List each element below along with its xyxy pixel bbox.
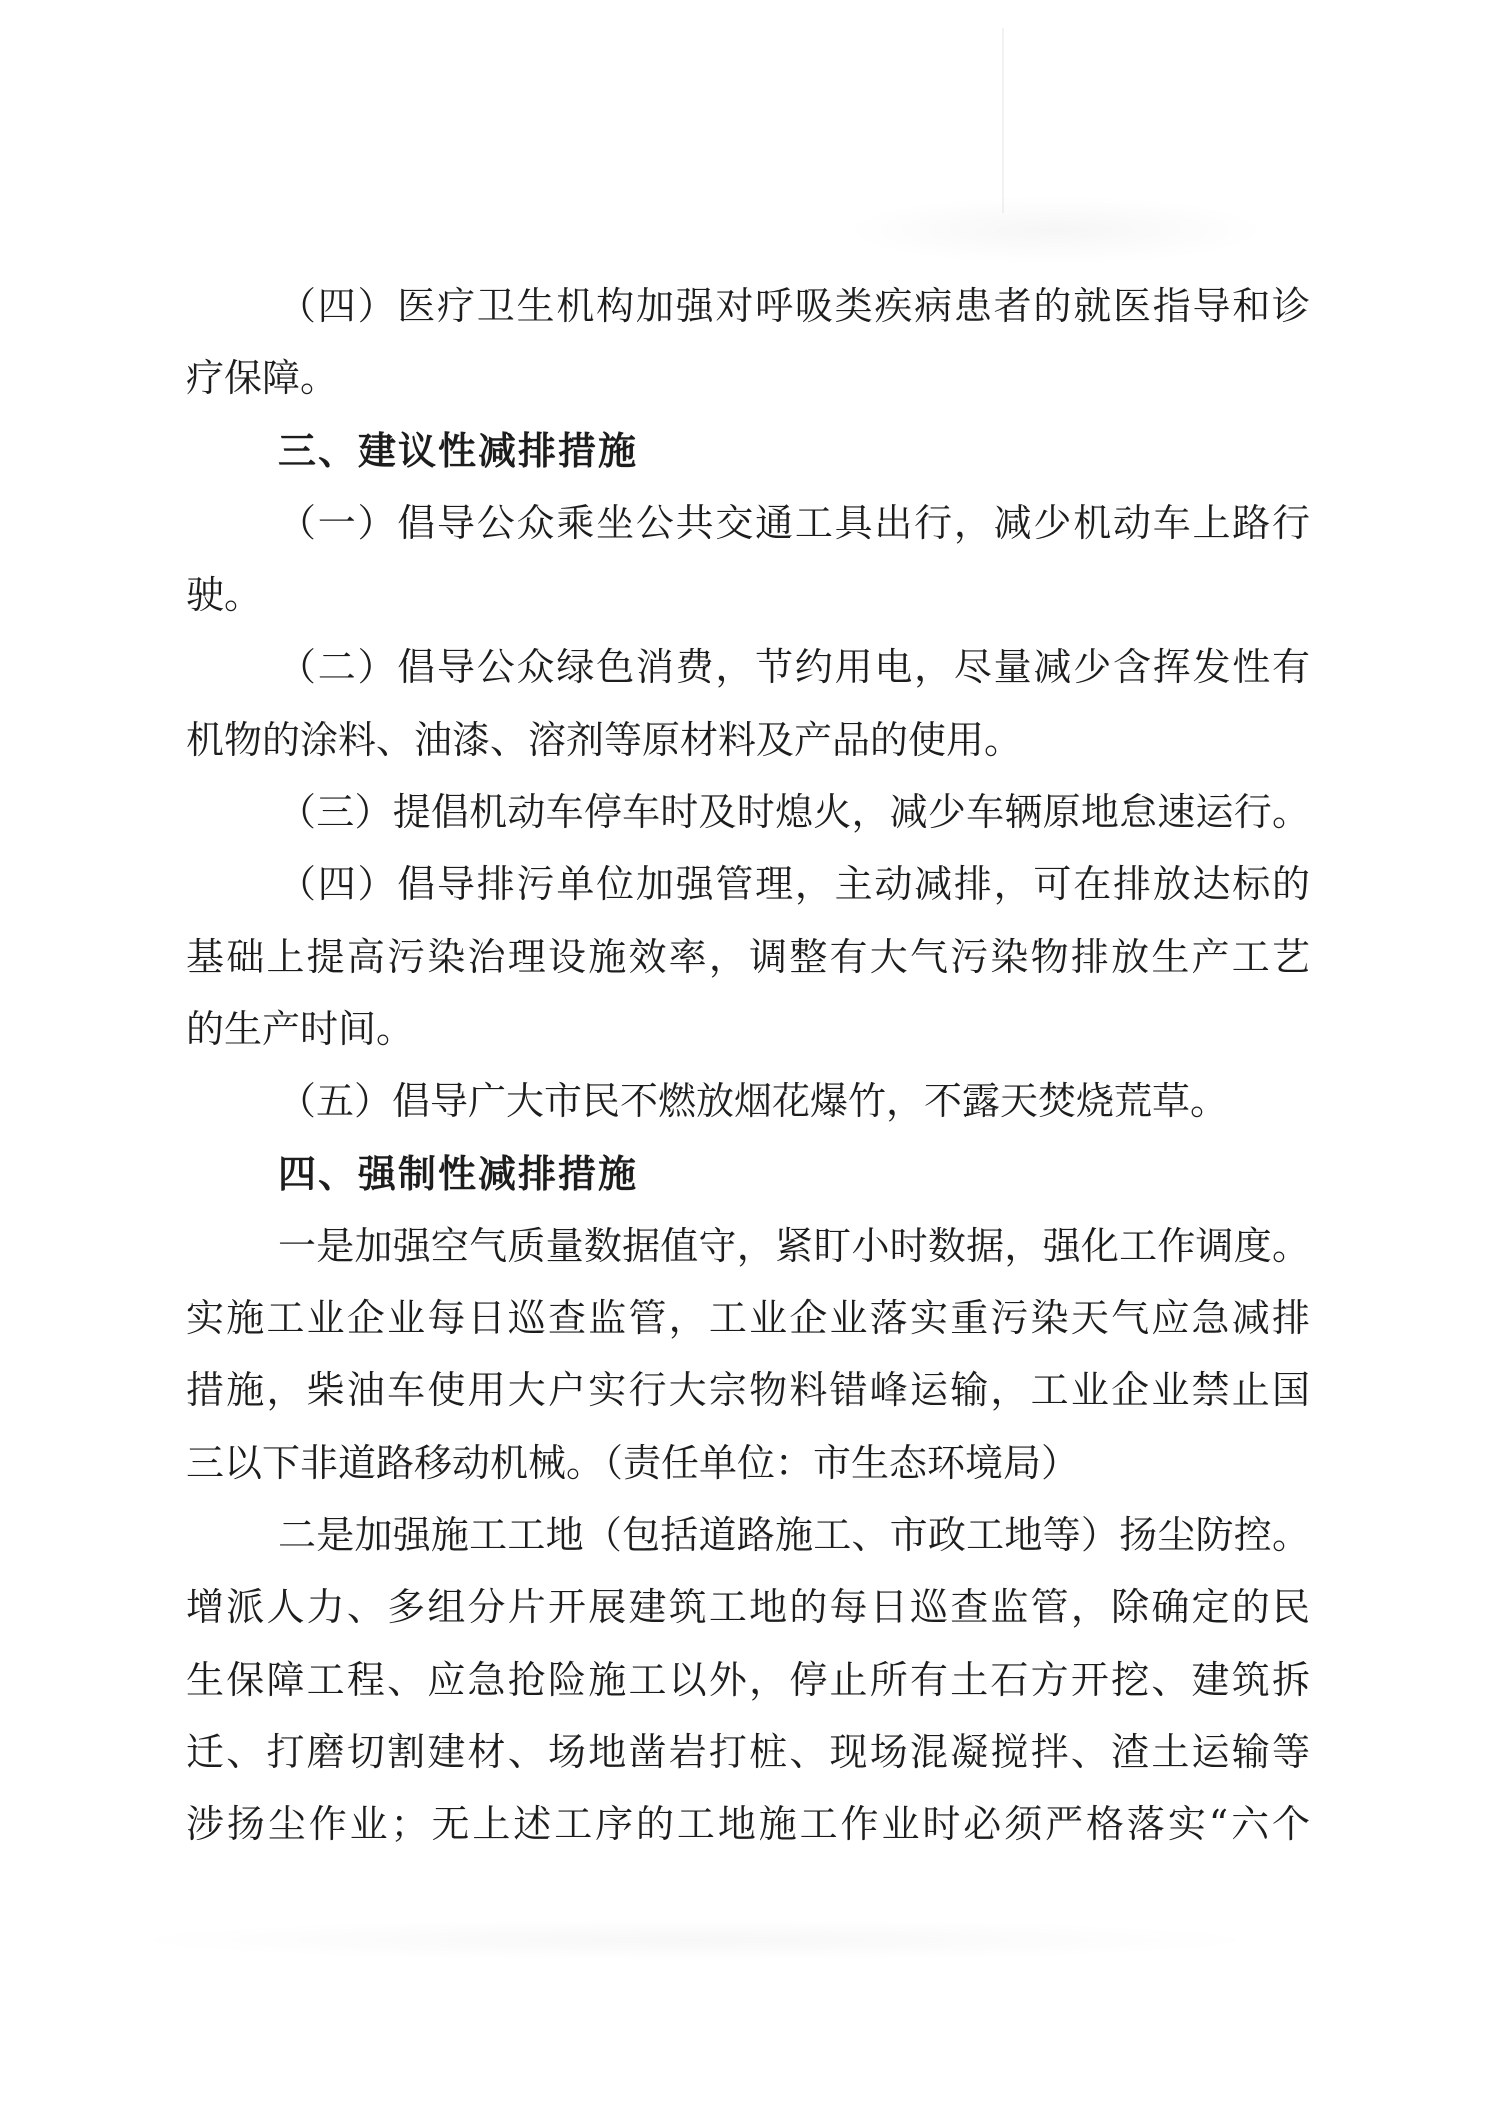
text-line: （三）提倡机动车停车时及时熄火，减少车辆原地怠速运行。 <box>186 776 1310 848</box>
text-line: （一）倡导公众乘坐公共交通工具出行，减少机动车上路行 <box>186 487 1310 559</box>
text-line: 驶。 <box>186 559 1310 631</box>
text-line: 迁、打磨切割建材、场地凿岩打桩、现场混凝搅拌、渣土运输等 <box>186 1716 1310 1788</box>
text-line: 机物的涂料、油漆、溶剂等原材料及产品的使用。 <box>186 704 1310 776</box>
text-block: （四）医疗卫生机构加强对呼吸类疾病患者的就医指导和诊疗保障。三、建议性减排措施（… <box>186 270 1310 1861</box>
text-line: 三以下非道路移动机械。（责任单位：市生态环境局） <box>186 1427 1310 1499</box>
text-line: 实施工业企业每日巡查监管，工业企业落实重污染天气应急减排 <box>186 1282 1310 1354</box>
text-line: 生保障工程、应急抢险施工以外，停止所有土石方开挖、建筑拆 <box>186 1644 1310 1716</box>
text-line: 二是加强施工工地（包括道路施工、市政工地等）扬尘防控。 <box>186 1499 1310 1571</box>
text-line: 的生产时间。 <box>186 993 1310 1065</box>
text-line: （四）医疗卫生机构加强对呼吸类疾病患者的就医指导和诊 <box>186 270 1310 342</box>
text-line: 涉扬尘作业；无上述工序的工地施工作业时必须严格落实“六个 <box>186 1788 1310 1860</box>
text-line: （二）倡导公众绿色消费，节约用电，尽量减少含挥发性有 <box>186 631 1310 703</box>
text-line: 疗保障。 <box>186 342 1310 414</box>
scan-artifact-smudge <box>150 1920 1240 1960</box>
text-line: 措施，柴油车使用大户实行大宗物料错峰运输，工业企业禁止国 <box>186 1354 1310 1426</box>
text-line: （五）倡导广大市民不燃放烟花爆竹，不露天焚烧荒草。 <box>186 1065 1310 1137</box>
text-line: （四）倡导排污单位加强管理，主动减排，可在排放达标的 <box>186 848 1310 920</box>
scan-artifact-streak <box>1002 28 1004 213</box>
text-line: 增派人力、多组分片开展建筑工地的每日巡查监管，除确定的民 <box>186 1571 1310 1643</box>
section-heading: 四、强制性减排措施 <box>186 1138 1310 1210</box>
text-line: 基础上提高污染治理设施效率，调整有大气污染物排放生产工艺 <box>186 921 1310 993</box>
text-line: 一是加强空气质量数据值守，紧盯小时数据，强化工作调度。 <box>186 1210 1310 1282</box>
section-heading: 三、建议性减排措施 <box>186 415 1310 487</box>
scan-artifact-smudge <box>840 195 1270 265</box>
document-page: （四）医疗卫生机构加强对呼吸类疾病患者的就医指导和诊疗保障。三、建议性减排措施（… <box>0 0 1487 2102</box>
